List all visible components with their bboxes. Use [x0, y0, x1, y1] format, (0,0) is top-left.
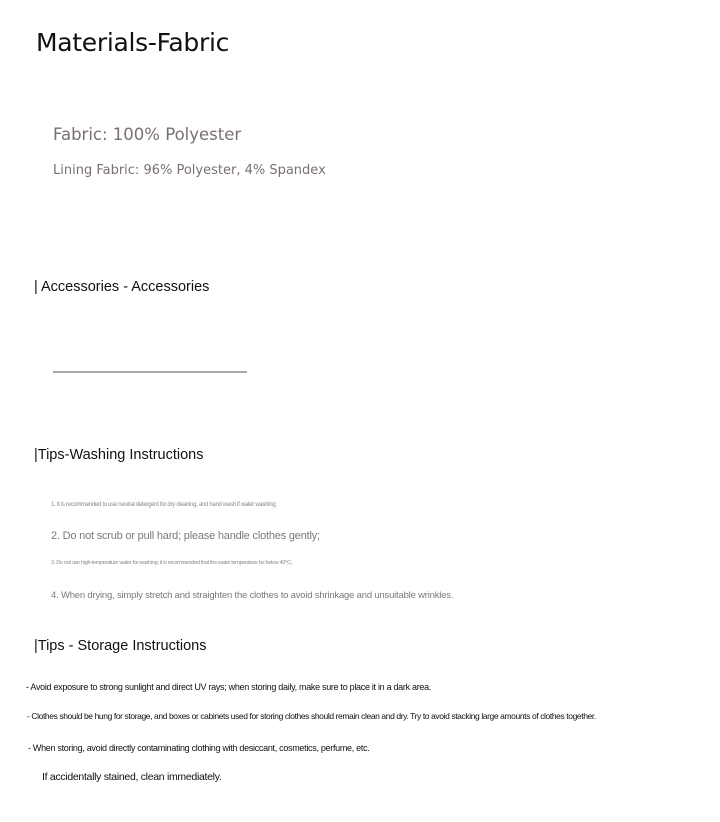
storage-item: - Clothes should be hung for storage, an… — [27, 711, 596, 721]
page-title: Materials-Fabric — [36, 28, 229, 57]
washing-item: 2. Do not scrub or pull hard; please han… — [51, 530, 320, 542]
lining-composition: Lining Fabric: 96% Polyester, 4% Spandex — [53, 163, 326, 178]
storage-item: - When storing, avoid directly contamina… — [28, 743, 369, 753]
storage-item: If accidentally stained, clean immediate… — [42, 771, 222, 783]
accessories-divider — [53, 371, 247, 373]
storage-heading: |Tips - Storage Instructions — [34, 638, 206, 654]
fabric-composition: Fabric: 100% Polyester — [53, 125, 241, 144]
washing-item: 1. It is recommended to use neutral dete… — [51, 502, 277, 508]
washing-item: 4. When drying, simply stretch and strai… — [51, 590, 453, 601]
storage-item: - Avoid exposure to strong sunlight and … — [26, 682, 431, 692]
accessories-heading: | Accessories - Accessories — [34, 279, 209, 295]
washing-item: 3. Do not use high-temperature water for… — [51, 560, 292, 566]
washing-heading: |Tips-Washing Instructions — [34, 447, 204, 463]
